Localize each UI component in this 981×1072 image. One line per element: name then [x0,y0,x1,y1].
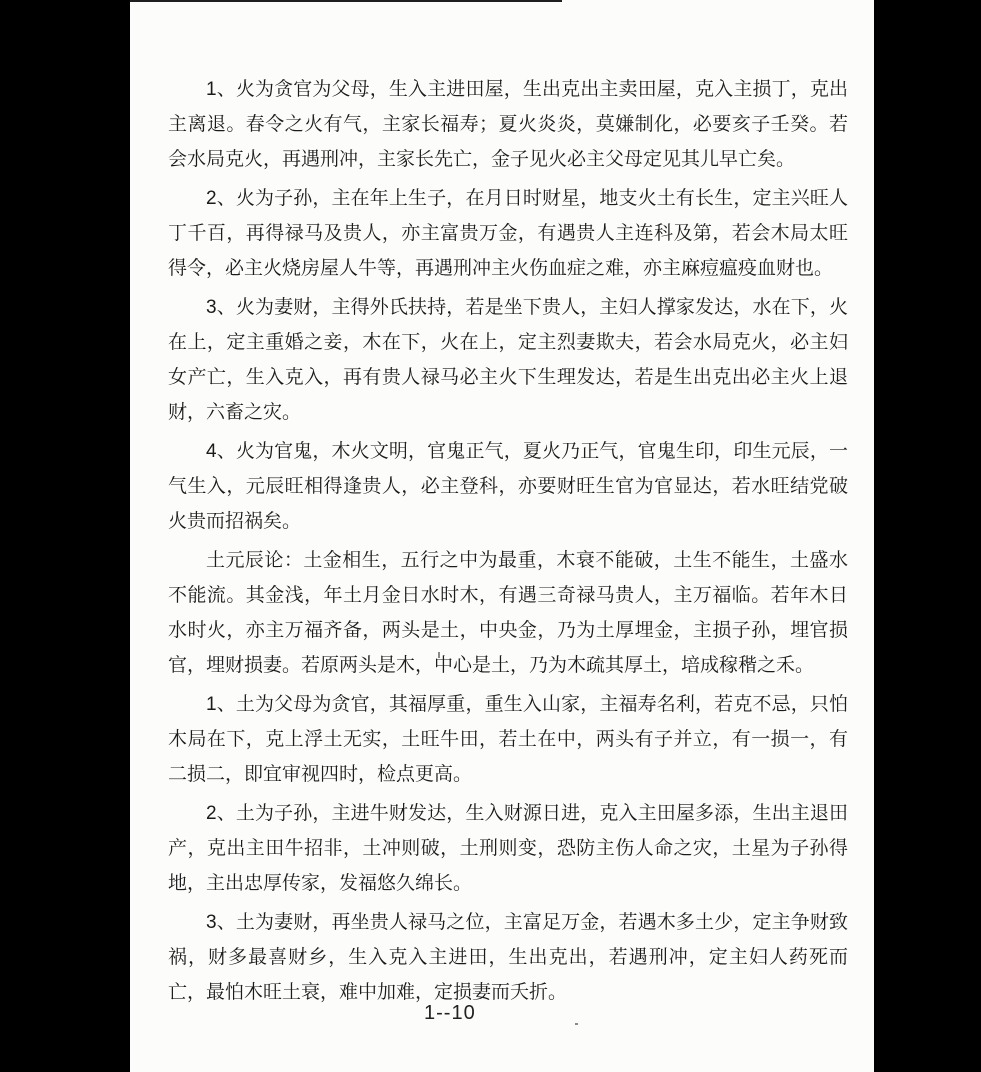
paragraph-earth-descendants: 2、土为子孙，主进牛财发达，生入财源日进，克入主田屋多添，生出主退田产，克出主田… [168,796,848,901]
paragraph-fire-officials: 4、火为官鬼，木火文明，官鬼正气，夏火乃正气，官鬼生印，印生元辰，一气生入，元辰… [168,434,848,539]
paragraph-fire-parents: 1、火为贪官为父母，生入主进田屋，生出克出主卖田屋，克入主损丁，克出主离退。春令… [168,72,848,177]
scanned-book-page: 1、火为贪官为父母，生入主进田屋，生出克出主卖田屋，克入主损丁，克出主离退。春令… [0,0,981,1072]
scan-shadow-left [0,0,130,1072]
scan-shadow-right [874,0,981,1072]
page-body: 1、火为贪官为父母，生入主进田屋，生出克出主卖田屋，克入主损丁，克出主离退。春令… [130,0,874,1072]
paragraph-earth-parents: 1、土为父母为贪官，其福厚重，重生入山家，主福寿名利，若克不忌，只怕木局在下，克… [168,687,848,792]
paragraph-fire-descendants: 2、火为子孙，主在年上生子，在月日时财星，地支火土有长生，定主兴旺人丁千百，再得… [168,181,848,286]
page-number: 1--10 [424,1002,476,1025]
paragraph-earth-wife-wealth: 3、土为妻财，再坐贵人禄马之位，主富足万金，若遇木多土少，定主争财致祸，财多最喜… [168,905,848,1010]
paragraph-earth-yuanchen-intro: 土元辰论：土金相生，五行之中为最重，木衰不能破，土生不能生，土盛水不能流。其金浅… [168,543,848,683]
paragraph-fire-wife-wealth: 3、火为妻财，主得外氏扶持，若是坐下贵人，主妇人撑家发达，水在下，火在上，定主重… [168,290,848,430]
scan-artifact-top-line [130,0,562,2]
scan-speck [575,1023,578,1025]
scan-speck [438,652,440,658]
